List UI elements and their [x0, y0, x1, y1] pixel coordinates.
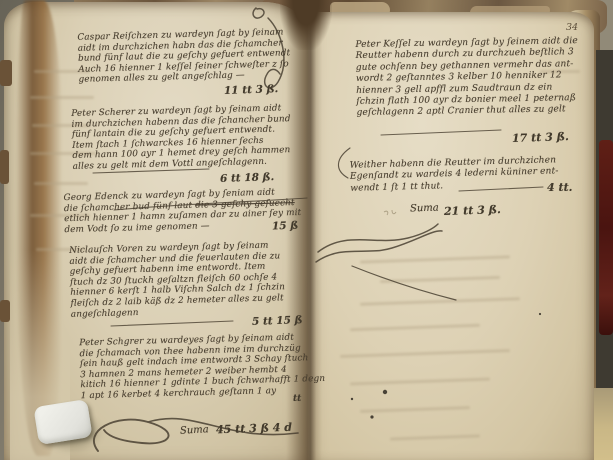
torn-edge [0, 300, 10, 322]
page-total: 45 tt 3 ß 4 d [216, 421, 292, 437]
entry-paragraph: Georg Edenck zu wardeyn ſagt by ſeniam a… [63, 187, 301, 236]
show-through-text [30, 96, 94, 99]
red-binding-edge [599, 140, 613, 335]
entry-paragraph: Caspar Reiſchzen zu wardeyn ſagt by ſein… [77, 27, 291, 86]
amount-sum: 4 tt. [547, 181, 572, 194]
entry-paragraph: Peter Schgrer zu wardeyes ſagt by ſeinam… [79, 332, 325, 402]
entry-paragraph: Niclauſch Voren zu wardeyn ſagt by ſeina… [69, 240, 286, 320]
page-total: 21 tt 3 ß. [444, 203, 501, 218]
amount-sum: 6 tt 18 ß. [220, 171, 275, 185]
entry-paragraph: Peter Keſſel zu wardeyn ſagt by ſeinem a… [355, 36, 579, 120]
entry-paragraph: Peter Scherer zu wardeyn ſagt by ſeinam … [71, 103, 292, 172]
page-number: 34 [566, 22, 578, 33]
torn-edge [0, 60, 12, 86]
amount-sum: 15 ß [272, 220, 299, 233]
sum-word: Suma [410, 203, 439, 215]
show-through-text [34, 182, 88, 185]
amount-sum: 17 tt 3 ß. [512, 130, 569, 145]
amount-sum: 11 tt 3 ß. [224, 83, 279, 97]
amount-sum: 5 tt 15 ß [252, 314, 303, 328]
sum-word: Suma [180, 424, 209, 436]
torn-edge [0, 150, 9, 184]
amount-sum: tt [293, 394, 301, 404]
entry-paragraph: Weither habenn die Reutter im durchziche… [350, 155, 559, 195]
manuscript-photo: Caspar Reiſchzen zu wardeyn ſagt by ſein… [0, 0, 613, 460]
